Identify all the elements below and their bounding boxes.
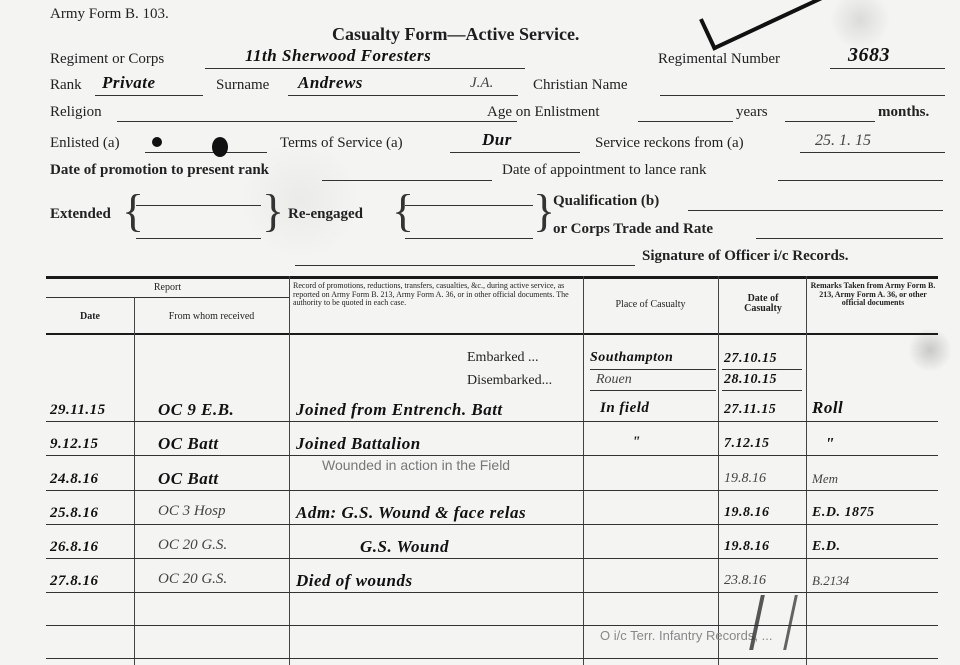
- disembarked-label: Disembarked...: [467, 373, 552, 389]
- extended-label: Extended: [50, 206, 111, 223]
- row-3-date: 24.8.16: [50, 471, 99, 488]
- embarked-label: Embarked ...: [467, 350, 539, 366]
- row-6-remarks: B.2134: [812, 573, 849, 589]
- surname-value[interactable]: Andrews: [298, 73, 363, 93]
- rank-value[interactable]: Private: [102, 73, 156, 93]
- row-4-from: OC 3 Hosp: [158, 503, 226, 520]
- promotion-date-label: Date of promotion to present rank: [50, 162, 269, 179]
- header-remarks: Remarks Taken from Army Form B. 213, Arm…: [808, 282, 938, 308]
- years-label: years: [736, 104, 768, 121]
- row-3-remarks: Mem: [812, 471, 838, 487]
- christian-name-label: Christian Name: [533, 77, 628, 94]
- row-1-place: In field: [600, 400, 649, 417]
- header-place-of-casualty: Place of Casualty: [583, 300, 718, 310]
- rank-label: Rank: [50, 77, 82, 94]
- embarked-place[interactable]: Southampton: [590, 350, 673, 366]
- embarked-date[interactable]: 27.10.15: [724, 351, 777, 367]
- service-reckons-label: Service reckons from (a): [595, 135, 744, 152]
- row-4-remarks: E.D. 1875: [812, 505, 874, 521]
- row-2-place: ": [632, 434, 641, 451]
- row-1-remarks: Roll: [812, 398, 843, 418]
- form-number: Army Form B. 103.: [50, 6, 169, 23]
- row-5-from: OC 20 G.S.: [158, 537, 227, 554]
- brace-left: {: [392, 188, 414, 234]
- row-2-remarks: ": [825, 434, 835, 454]
- form-title: Casualty Form—Active Service.: [332, 24, 579, 45]
- corps-trade-label: or Corps Trade and Rate: [553, 221, 713, 238]
- records-office-stamp: O i/c Terr. Infantry Records, ...: [600, 628, 772, 643]
- row-1-date: 29.11.15: [50, 402, 106, 419]
- row-5-record: G.S. Wound: [360, 537, 449, 557]
- service-reckons-value[interactable]: 25. 1. 15: [815, 132, 871, 150]
- qualification-label: Qualification (b): [553, 193, 659, 210]
- regimental-number-value[interactable]: 3683: [848, 44, 890, 67]
- header-record: Record of promotions, reductions, transf…: [293, 282, 579, 308]
- religion-label: Religion: [50, 104, 102, 121]
- row-6-date-casualty: 23.8.16: [724, 573, 766, 589]
- age-on-enlistment-label: Age on Enlistment: [487, 104, 600, 121]
- initials-value[interactable]: J.A.: [470, 75, 493, 92]
- reengaged-label: Re-engaged: [288, 206, 363, 223]
- row-6-from: OC 20 G.S.: [158, 571, 227, 588]
- surname-label: Surname: [216, 77, 269, 94]
- row-4-date: 25.8.16: [50, 505, 99, 522]
- row-2-date-casualty: 7.12.15: [724, 436, 770, 452]
- row-5-remarks: E.D.: [812, 539, 840, 555]
- signature-label: Signature of Officer i/c Records.: [642, 248, 848, 265]
- ink-blot: [152, 137, 162, 147]
- row-1-date-casualty: 27.11.15: [724, 402, 776, 418]
- enlisted-label: Enlisted (a): [50, 135, 120, 152]
- row-2-record: Joined Battalion: [296, 434, 421, 454]
- row-6-record: Died of wounds: [296, 571, 413, 591]
- months-label: months.: [878, 104, 929, 121]
- casualty-form-page: Army Form B. 103. Casualty Form—Active S…: [0, 0, 960, 665]
- regimental-number-label: Regimental Number: [658, 51, 780, 68]
- header-date-of-casualty: Date of Casualty: [728, 294, 798, 314]
- disembarked-place[interactable]: Rouen: [596, 372, 632, 388]
- checkmark-ink-mark: [699, 0, 835, 51]
- ink-blot: [212, 137, 228, 157]
- regiment-value[interactable]: 11th Sherwood Foresters: [245, 46, 431, 66]
- regiment-label: Regiment or Corps: [50, 51, 164, 68]
- terms-of-service-label: Terms of Service (a): [280, 135, 403, 152]
- header-report: Report: [46, 283, 289, 293]
- row-3-record-stamp: Wounded in action in the Field: [322, 457, 510, 473]
- row-3-date-casualty: 19.8.16: [724, 471, 766, 487]
- row-2-from: OC Batt: [158, 434, 219, 454]
- row-1-record: Joined from Entrench. Batt: [296, 400, 503, 420]
- terms-of-service-value[interactable]: Dur: [482, 130, 512, 150]
- row-6-date: 27.8.16: [50, 573, 99, 590]
- row-5-date: 26.8.16: [50, 539, 99, 556]
- header-from-whom: From whom received: [134, 312, 289, 322]
- row-4-date-casualty: 19.8.16: [724, 505, 770, 521]
- row-4-record: Adm: G.S. Wound & face relas: [296, 503, 526, 523]
- row-1-from: OC 9 E.B.: [158, 400, 234, 420]
- brace-right: }: [262, 188, 284, 234]
- disembarked-date[interactable]: 28.10.15: [724, 372, 777, 388]
- row-3-from: OC Batt: [158, 469, 219, 489]
- header-date: Date: [46, 312, 134, 322]
- row-2-date: 9.12.15: [50, 436, 99, 453]
- officer-signature-scrawl: [749, 595, 798, 650]
- row-5-date-casualty: 19.8.16: [724, 539, 770, 555]
- brace-right: }: [533, 188, 555, 234]
- lance-rank-date-label: Date of appointment to lance rank: [502, 162, 707, 179]
- brace-left: {: [122, 188, 144, 234]
